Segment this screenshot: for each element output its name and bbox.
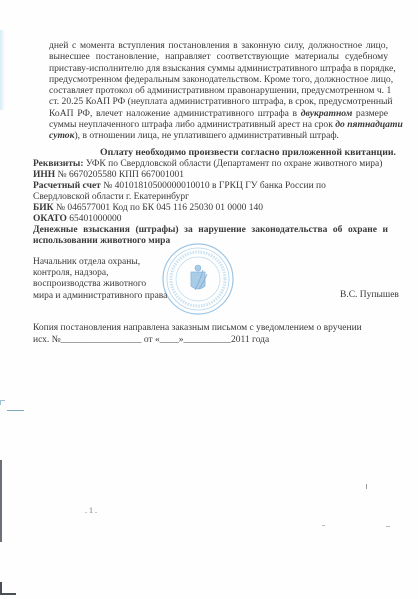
scan-speck [386,526,390,527]
requisite-label: Реквизиты: [33,159,84,169]
paragraph-line: КоАП РФ, влечет наложение административн… [49,108,388,119]
requisite-account-cont: Свердловской области г. Екатеринбург [33,192,393,203]
payment-purpose-line: Денежные взыскания (штрафы) за нарушение… [33,225,388,236]
emphasis-fifteen: до пятнадцати [335,119,403,130]
requisite-value: № 046577001 Код по БК 045 116 25030 01 0… [54,203,263,213]
position-line: контроля, надзора, [33,268,167,279]
scan-edge-corner [0,582,16,595]
emphasis-days: суток [49,130,74,141]
page-number: . 1 . [85,506,97,515]
text-run: размере [352,108,388,119]
requisite-value: № 6670205580 КПП 667001001 [55,170,184,180]
requisite-label: ИНН [33,170,55,180]
requisite-bik: БИК № 046577001 Код по БК 045 116 25030 … [33,203,393,214]
position-line: мира и административного права [33,291,167,302]
requisite-okato: ОКАТО 65401000000 [33,214,393,225]
copy-notice: Копия постановления направлена заказным … [33,323,362,346]
requisite-value: 65401000000 [67,214,122,224]
scan-edge-mark [0,400,5,405]
payment-instruction-title: Оплату необходимо произвести согласно пр… [100,147,396,158]
copy-notice-line: Копия постановления направлена заказным … [33,323,362,335]
official-stamp-icon [161,242,235,316]
requisite-label: Расчетный счет [33,181,101,191]
copy-notice-line: исх. №_________________ от «____»_______… [33,335,362,347]
paragraph-line: приставу-исполнителю для взыскания суммы… [49,63,388,74]
paragraph-line: предусмотренном федеральным законодатель… [49,74,388,85]
paragraph-line: составляет протокол об административном … [49,85,388,96]
requisite-label: БИК [33,203,54,213]
requisite-value: УФК по Свердловской области (Департамент… [84,159,383,169]
position-line: воспроизводства животного [33,279,167,290]
text-run: ), в отношении лица, не уплатившего адми… [74,130,339,141]
paragraph-line: суток), в отношении лица, не уплатившего… [49,130,388,141]
scan-speck [322,525,325,526]
text-run: КоАП РФ, влечет наложение административн… [49,108,301,119]
requisite-recipient: Реквизиты: УФК по Свердловской области (… [33,159,393,170]
scan-speck [366,484,367,489]
scan-edge-dash [7,410,24,411]
requisite-account: Расчетный счет № 40101810500000010010 в … [33,181,393,192]
requisite-label: ОКАТО [33,214,67,224]
paragraph-line: суммы неуплаченного штрафа либо админист… [49,119,388,130]
requisite-inn: ИНН № 6670205580 КПП 667001001 [33,170,393,181]
document-page: дней с момента вступления постановления … [0,0,418,599]
text-run: суммы неуплаченного штрафа либо админист… [49,119,335,130]
position-line: Начальник отдела охраны, [33,257,167,268]
paragraph-line: ст. 20.25 КоАП РФ (неуплата администрати… [49,96,388,107]
signer-name: В.С. Пупышев [340,290,399,300]
paragraph-line: дней с момента вступления постановления … [49,40,388,51]
emphasis-double: двукратном [301,108,353,119]
scan-edge-bar [0,460,2,542]
requisite-value: № 40101810500000010010 в ГРКЦ ГУ банка Р… [101,181,326,191]
payment-requisites: Реквизиты: УФК по Свердловской области (… [33,159,393,247]
paragraph-line: вынесшее постановление, направляет соотв… [49,51,388,62]
scan-edge-tint [0,30,5,110]
signatory-position: Начальник отдела охраны, контроля, надзо… [33,257,167,302]
penalty-paragraph: дней с момента вступления постановления … [49,40,388,142]
